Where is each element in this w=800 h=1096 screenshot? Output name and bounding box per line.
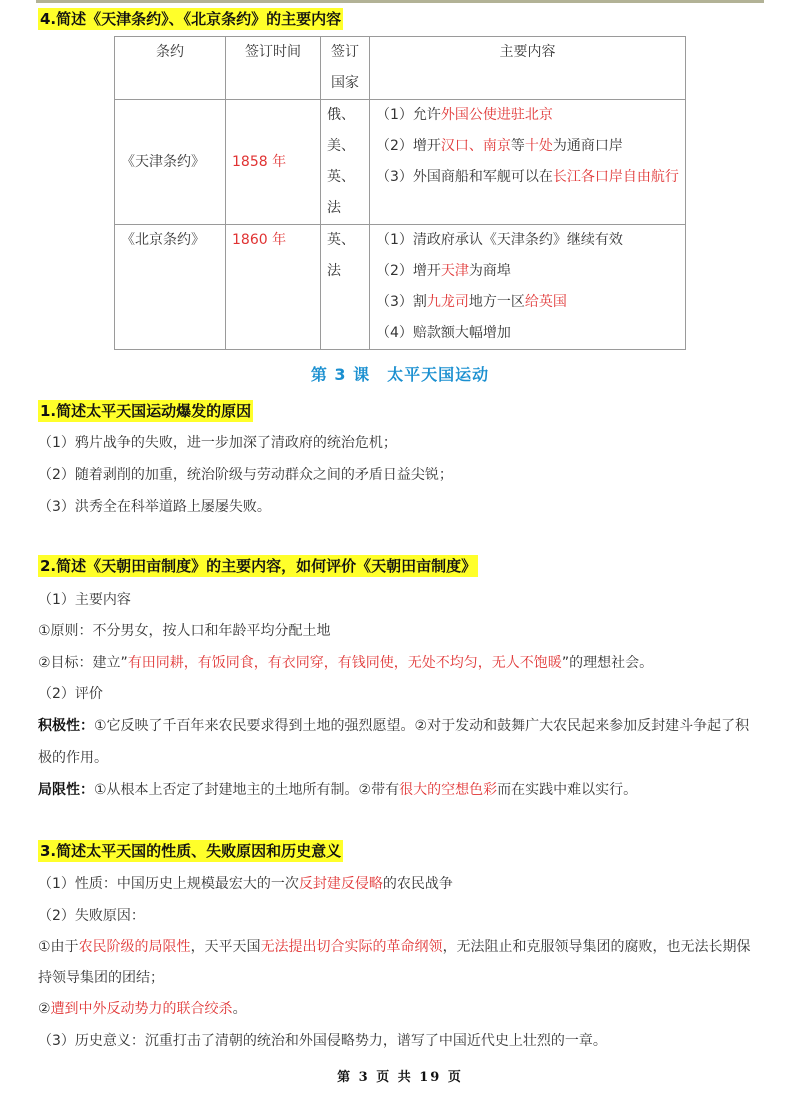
q2-positive-cont: 极的作用。 bbox=[38, 748, 108, 768]
limit-text: ①从根本上否定了封建地主的土地所有制。②带有很大的空想色彩而在实践中难以实行。 bbox=[94, 782, 637, 798]
cell-countries: 俄、美、英、法 bbox=[321, 100, 370, 225]
text-segment: （3）外国商船和军舰可以在 bbox=[376, 169, 553, 185]
content-item: （1）允许外国公使进驻北京 bbox=[376, 100, 679, 131]
highlighted-text: 反封建反侵略 bbox=[299, 876, 383, 892]
q1-line-1: （1）鸦片战争的失败，进一步加深了清政府的统治危机； bbox=[38, 433, 397, 453]
text-segment: ②目标：建立” bbox=[38, 655, 128, 671]
q3-nature: （1）性质：中国历史上规模最宏大的一次反封建反侵略的农民战争 bbox=[38, 874, 453, 894]
content-item: （2）增开天津为商埠 bbox=[376, 256, 679, 287]
text-segment: 为通商口岸 bbox=[553, 138, 623, 154]
content-item: （2）增开汉口、南京等十处为通商口岸 bbox=[376, 131, 679, 162]
cell-time: 1858 年 bbox=[226, 100, 321, 225]
highlighted-text: 外国公使进驻北京 bbox=[441, 107, 553, 123]
text-segment: 地方一区 bbox=[469, 294, 525, 310]
cell-treaty: 《北京条约》 bbox=[115, 225, 226, 350]
text-segment: 等 bbox=[511, 138, 525, 154]
header-time: 签订时间 bbox=[226, 37, 321, 100]
q2-principle: ①原则：不分男女，按人口和年龄平均分配土地 bbox=[38, 621, 331, 641]
treaty-table: 条约 签订时间 签订国家 主要内容 《天津条约》 1858 年 俄、美、英、法 … bbox=[114, 36, 686, 350]
positive-text: ①它反映了千百年来农民要求得到土地的强烈愿望。②对于发动和鼓舞广大农民起来参加反… bbox=[94, 718, 749, 734]
highlighted-text: 很大的空想色彩 bbox=[399, 782, 497, 798]
text-segment: ①由于 bbox=[38, 939, 79, 955]
content-item: （4）赔款额大幅增加 bbox=[376, 318, 679, 349]
header-contents: 主要内容 bbox=[370, 37, 686, 100]
page-top-rule bbox=[36, 0, 764, 3]
cell-contents: （1）允许外国公使进驻北京（2）增开汉口、南京等十处为通商口岸（3）外国商船和军… bbox=[370, 100, 686, 225]
text-segment: （2）增开 bbox=[376, 263, 441, 279]
header-treaty: 条约 bbox=[115, 37, 226, 100]
cell-treaty: 《天津条约》 bbox=[115, 100, 226, 225]
highlighted-text: 农民阶级的局限性 bbox=[79, 939, 191, 955]
q3-fail-1a: ①由于农民阶级的局限性，天平天国无法提出切合实际的革命纲领，无法阻止和克服领导集… bbox=[38, 937, 751, 957]
cell-time: 1860 年 bbox=[226, 225, 321, 350]
text-segment: ，天平天国 bbox=[191, 939, 261, 955]
content-item: （1）清政府承认《天津条约》继续有效 bbox=[376, 225, 679, 256]
table-row: 《北京条约》 1860 年 英、法 （1）清政府承认《天津条约》继续有效（2）增… bbox=[115, 225, 686, 350]
content-item: （3）外国商船和军舰可以在长江各口岸自由航行 bbox=[376, 162, 679, 193]
question-3-title: 3.简述太平天国的性质、失败原因和历史意义 bbox=[38, 840, 343, 862]
table-row: 《天津条约》 1858 年 俄、美、英、法 （1）允许外国公使进驻北京（2）增开… bbox=[115, 100, 686, 225]
text-segment: （4）赔款额大幅增加 bbox=[376, 325, 511, 341]
lesson-title: 第 3 课 太平天国运动 bbox=[0, 362, 800, 385]
q1-line-3: （3）洪秀全在科举道路上屡屡失败。 bbox=[38, 497, 271, 517]
text-segment: ② bbox=[38, 1001, 51, 1017]
highlighted-text: 给英国 bbox=[525, 294, 567, 310]
highlighted-text: 汉口、南京 bbox=[441, 138, 511, 154]
text-segment: ”的理想社会。 bbox=[562, 655, 653, 671]
text-segment: （1）允许 bbox=[376, 107, 441, 123]
text-segment: 。 bbox=[233, 1001, 247, 1017]
highlighted-text: 长江各口岸自由航行 bbox=[553, 169, 679, 185]
q2-sub1: （1）主要内容 bbox=[38, 590, 131, 610]
text-segment: （1）性质：中国历史上规模最宏大的一次 bbox=[38, 876, 299, 892]
header-countries: 签订国家 bbox=[321, 37, 370, 100]
cell-contents: （1）清政府承认《天津条约》继续有效（2）增开天津为商埠（3）割九龙司地方一区给… bbox=[370, 225, 686, 350]
question-4-title: 4.简述《天津条约》、《北京条约》的主要内容 bbox=[38, 8, 343, 30]
highlighted-text: 无法提出切合实际的革命纲领 bbox=[261, 939, 443, 955]
highlighted-text: 九龙司 bbox=[427, 294, 469, 310]
table-header-row: 条约 签订时间 签订国家 主要内容 bbox=[115, 37, 686, 100]
text-segment: ①从根本上否定了封建地主的土地所有制。②带有 bbox=[94, 782, 399, 798]
question-2-title: 2.简述《天朝田亩制度》的主要内容，如何评价《天朝田亩制度》 bbox=[38, 555, 478, 577]
page-footer: 第 3 页 共 19 页 bbox=[0, 1066, 800, 1085]
q2-limit: 局限性：①从根本上否定了封建地主的土地所有制。②带有很大的空想色彩而在实践中难以… bbox=[38, 780, 637, 800]
highlighted-text: 十处 bbox=[525, 138, 553, 154]
q3-fail-2: ②遭到中外反动势力的联合绞杀。 bbox=[38, 999, 247, 1019]
content-item: （3）割九龙司地方一区给英国 bbox=[376, 287, 679, 318]
q3-fail-1b: 持领导集团的团结； bbox=[38, 968, 164, 988]
cell-countries: 英、法 bbox=[321, 225, 370, 350]
text-segment: （1）清政府承认《天津条约》继续有效 bbox=[376, 232, 623, 248]
text-segment: 为商埠 bbox=[469, 263, 511, 279]
q1-line-2: （2）随着剥削的加重，统治阶级与劳动群众之间的矛盾日益尖锐； bbox=[38, 465, 453, 485]
limit-label: 局限性： bbox=[38, 782, 94, 798]
question-1-title: 1.简述太平天国运动爆发的原因 bbox=[38, 400, 253, 422]
q3-fail-label: （2）失败原因： bbox=[38, 906, 145, 926]
positive-label: 积极性： bbox=[38, 718, 94, 734]
q2-goal: ②目标：建立”有田同耕，有饭同食，有衣同穿，有钱同使，无处不均匀，无人不饱暖”的… bbox=[38, 653, 653, 673]
q2-sub2: （2）评价 bbox=[38, 684, 103, 704]
highlighted-text: 有田同耕，有饭同食，有衣同穿，有钱同使，无处不均匀，无人不饱暖 bbox=[128, 655, 562, 671]
text-segment: 而在实践中难以实行。 bbox=[497, 782, 637, 798]
q3-significance: （3）历史意义：沉重打击了清朝的统治和外国侵略势力，谱写了中国近代史上壮烈的一章… bbox=[38, 1031, 607, 1051]
q2-positive: 积极性：①它反映了千百年来农民要求得到土地的强烈愿望。②对于发动和鼓舞广大农民起… bbox=[38, 716, 749, 736]
text-segment: 的农民战争 bbox=[383, 876, 453, 892]
highlighted-text: 天津 bbox=[441, 263, 469, 279]
highlighted-text: 遭到中外反动势力的联合绞杀 bbox=[51, 1001, 233, 1017]
text-segment: ，无法阻止和克服领导集团的腐败，也无法长期保 bbox=[443, 939, 751, 955]
text-segment: （3）割 bbox=[376, 294, 427, 310]
text-segment: （2）增开 bbox=[376, 138, 441, 154]
